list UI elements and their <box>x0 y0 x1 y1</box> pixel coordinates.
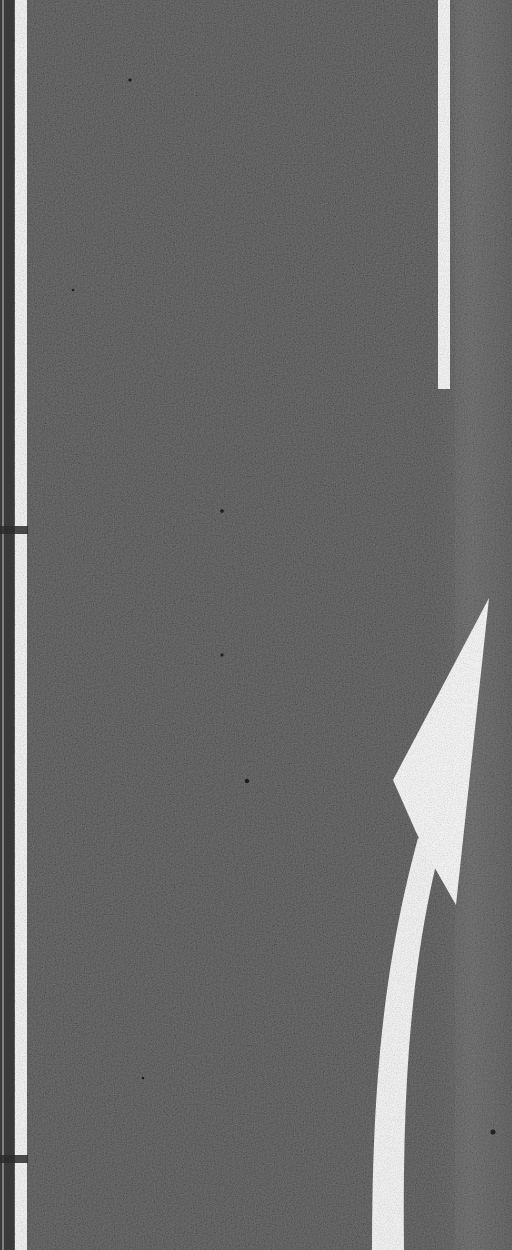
wear-band <box>455 0 512 1250</box>
left-edge-line <box>15 0 27 1250</box>
road-scene <box>0 0 512 1250</box>
expansion-joint <box>0 1155 28 1163</box>
left-gutter-thin-line <box>2 0 4 1250</box>
lane-divider-dash <box>438 0 450 389</box>
asphalt-shading <box>0 0 512 1250</box>
expansion-joint <box>0 526 28 534</box>
